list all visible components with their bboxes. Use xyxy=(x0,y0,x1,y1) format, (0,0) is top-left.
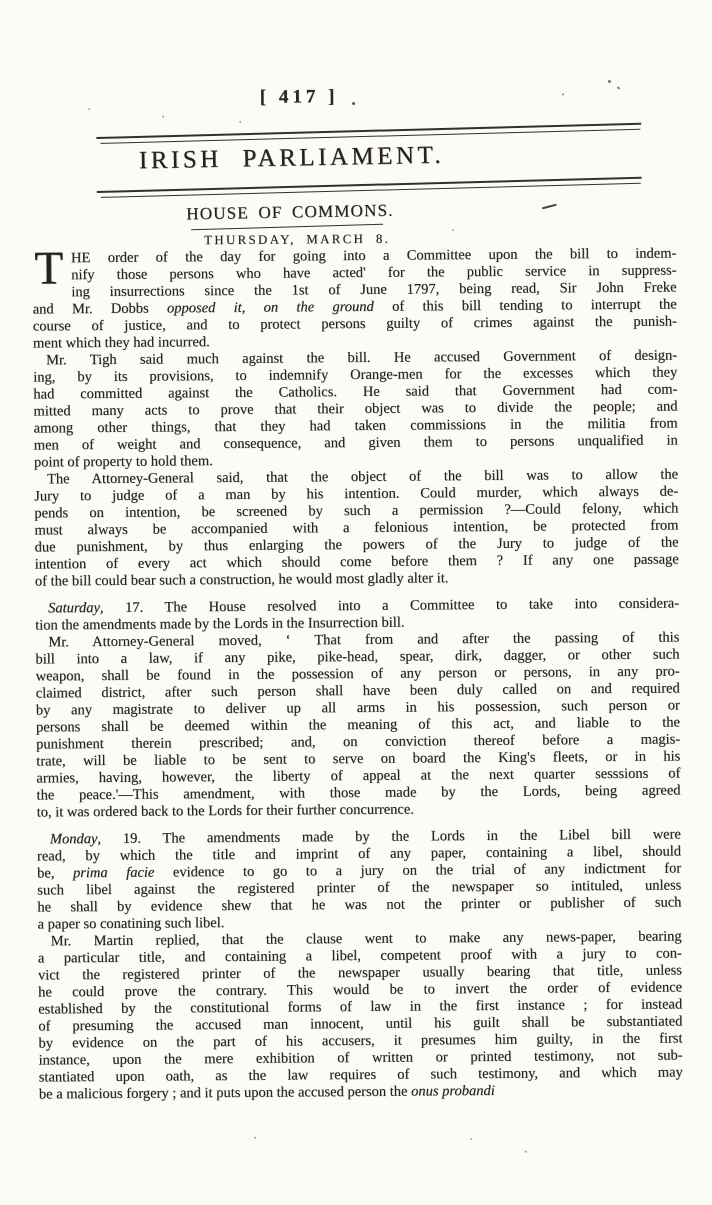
drop-cap-letter: T xyxy=(32,250,71,285)
page-content: [ 417 ] IRISH PARLIAMENT. HOUSE OF COMMO… xyxy=(0,0,712,1205)
scan-speckle xyxy=(239,121,241,123)
scan-speckle xyxy=(452,229,454,231)
masthead-title: IRISH PARLIAMENT. xyxy=(56,140,526,177)
scan-speckle xyxy=(524,1150,528,1153)
paragraph: The Attorney-General said, that the obje… xyxy=(34,466,679,590)
scan-speckle xyxy=(608,80,611,83)
scan-speckle xyxy=(88,108,90,110)
scan-speckle xyxy=(162,115,164,117)
scan-speckle xyxy=(254,1137,256,1139)
section-heading: HOUSE OF COMMONS. xyxy=(119,199,461,225)
paragraph: Mr. Martin replied, that the clause went… xyxy=(38,928,683,1103)
double-rule-bottom xyxy=(97,177,642,198)
double-rule-top xyxy=(96,123,641,144)
paragraph: Mr. Tigh said much against the bill. He … xyxy=(33,347,678,471)
page-number-period xyxy=(352,102,355,105)
page-number: [ 417 ] xyxy=(229,86,369,109)
scan-speckle xyxy=(562,93,564,95)
paragraph: THE order of the day for going into a Co… xyxy=(32,245,677,352)
text-line: be a malicious forgery ; and it puts upo… xyxy=(39,1081,683,1103)
stray-dash-mark xyxy=(542,204,557,210)
paragraph: Mr. Attorney-General moved, ‘ That from … xyxy=(35,629,680,821)
text-line: of the bill could bear such a constructi… xyxy=(35,568,679,590)
sitting-date-heading: THURSDAY, MARCH 8. xyxy=(147,231,447,248)
scan-speckle xyxy=(617,86,621,89)
scan-speckle xyxy=(470,1138,472,1140)
section-heading-underline xyxy=(191,224,383,231)
text-line: to, it was ordered back to the Lords for… xyxy=(37,799,681,821)
paragraph: Monday, 19. The amendments made by the L… xyxy=(37,826,682,933)
article-body: THE order of the day for going into a Co… xyxy=(32,245,683,1103)
paragraph: Saturday, 17. The House resolved into a … xyxy=(35,595,679,634)
scanned-page: [ 417 ] IRISH PARLIAMENT. HOUSE OF COMMO… xyxy=(0,0,712,1205)
